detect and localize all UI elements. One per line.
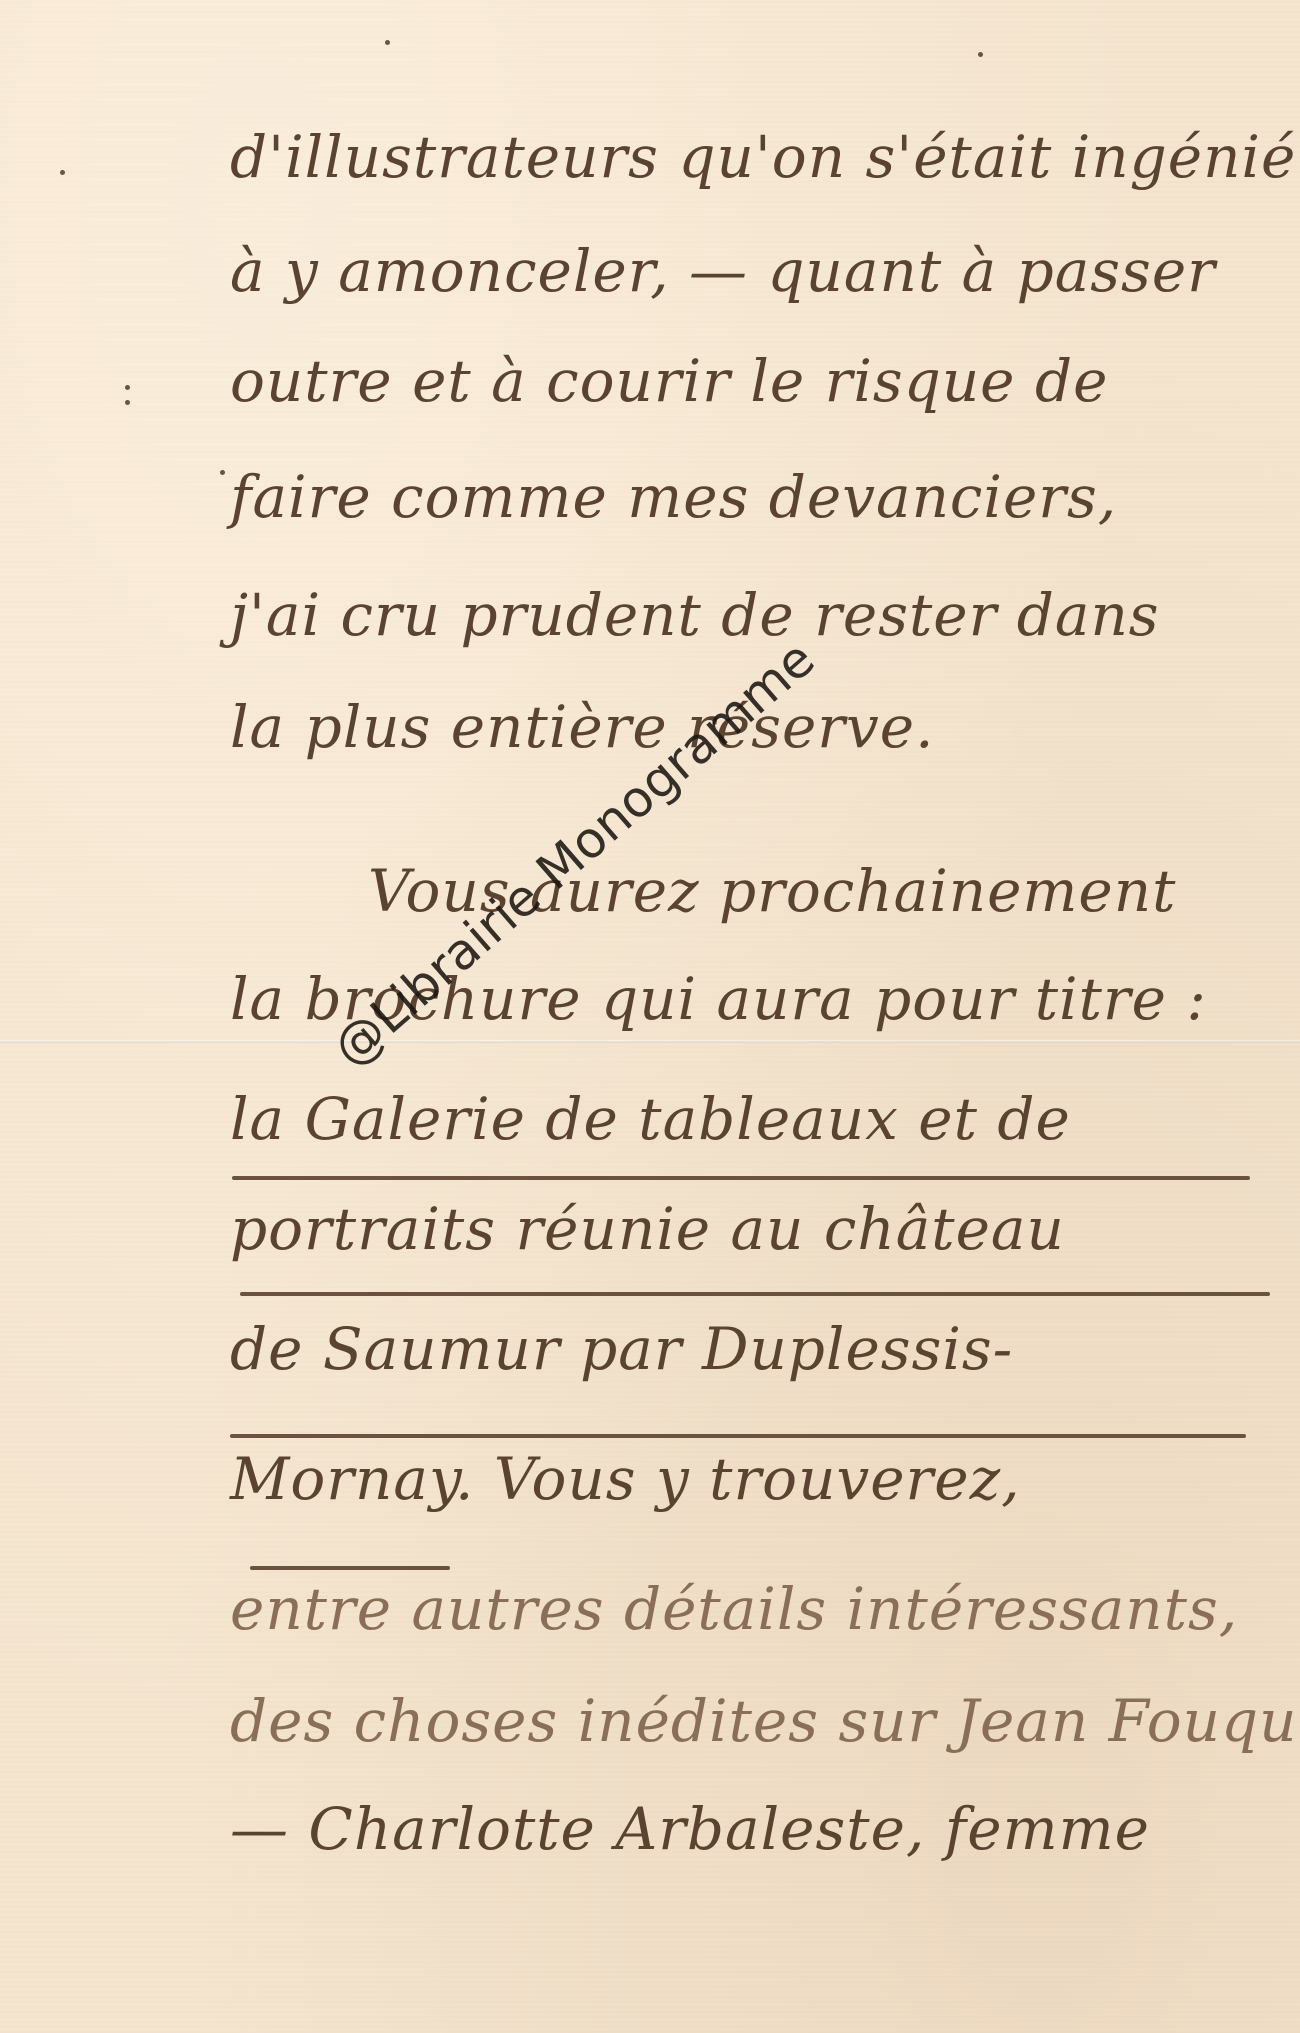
title-line-2: portraits réunie au château [230,1200,1260,1258]
letter-line-15: — Charlotte Arbaleste, femme [230,1800,1260,1858]
letter-line-3: outre et à courir le risque de [230,352,1260,410]
title-underline-1 [232,1176,1250,1180]
title-line-3: de Saumur par Duplessis- [230,1320,1260,1378]
mornay-underline [250,1566,450,1570]
letter-line-12: Mornay. Vous y trouverez, [230,1450,1260,1508]
letter-line-5: j'ai cru prudent de rester dans [230,586,1260,644]
title-underline-3 [230,1434,1246,1438]
letter-line-14: des choses inédites sur Jean Fouquet. [230,1692,1260,1750]
ink-speck [125,400,130,405]
ink-speck [385,40,390,45]
paper-fold-crease [0,1040,1300,1043]
letter-line-2: à y amonceler, — quant à passer [230,242,1260,300]
letter-line-4: faire comme mes devanciers, [230,468,1260,526]
ink-speck [978,52,983,57]
title-line-1: la Galerie de tableaux et de [230,1090,1260,1148]
ink-speck [220,470,225,475]
ink-speck [125,385,130,390]
title-underline-2 [240,1292,1270,1296]
letter-line-13: entre autres détails intéressants, [230,1580,1260,1638]
letter-line-1: d'illustrateurs qu'on s'était ingénié [230,128,1260,186]
ink-speck [60,170,65,175]
